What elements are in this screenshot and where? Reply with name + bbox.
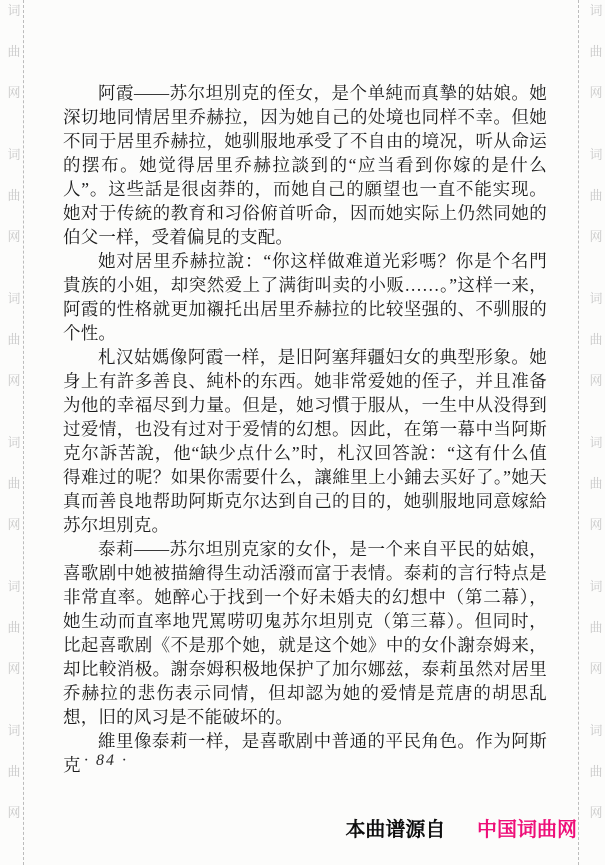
watermark-char: 网 bbox=[589, 230, 602, 243]
paragraph-telli: 泰莉——苏尔坦別克家的女仆，是一个来自平民的姑娘，喜歌剧中她被描繪得生动活潑而富… bbox=[63, 537, 547, 729]
watermark-char: 词 bbox=[589, 4, 602, 17]
watermark-char: 网 bbox=[589, 662, 602, 675]
source-label: 本曲谱源自 bbox=[345, 819, 445, 841]
footer-credit: 本曲谱源自 中国词曲网 bbox=[345, 813, 577, 842]
watermark-char: 曲 bbox=[7, 621, 20, 634]
paragraph-jahan: 札汉姑媽像阿霞一样，是旧阿塞拜疆妇女的典型形象。她身上有許多善良、純朴的东西。她… bbox=[63, 345, 547, 537]
watermark-char: 词 bbox=[589, 292, 602, 305]
watermark-char: 曲 bbox=[589, 333, 602, 346]
watermark-char: 词 bbox=[7, 4, 20, 17]
watermark-char: 网 bbox=[589, 518, 602, 531]
paragraph-asya: 阿霞——苏尔坦別克的侄女，是个单純而真摯的姑娘。她深切地同情居里乔赫拉，因为她自… bbox=[63, 81, 547, 249]
watermark-char: 网 bbox=[7, 662, 20, 675]
watermark-group: 词曲网 bbox=[589, 4, 602, 127]
watermark-group: 词曲网 bbox=[589, 148, 602, 271]
watermark-char: 词 bbox=[7, 292, 20, 305]
watermark-char: 曲 bbox=[7, 45, 20, 58]
watermark-char: 网 bbox=[7, 86, 20, 99]
watermark-group: 词曲网 bbox=[7, 292, 20, 415]
watermark-char: 词 bbox=[7, 148, 20, 161]
document-text: 阿霞——苏尔坦別克的侄女，是个单純而真摯的姑娘。她深切地同情居里乔赫拉，因为她自… bbox=[63, 81, 547, 777]
watermark-char: 网 bbox=[7, 374, 20, 387]
watermark-group: 词曲网 bbox=[589, 436, 602, 559]
watermark-group: 词曲网 bbox=[589, 580, 602, 703]
watermark-char: 词 bbox=[7, 436, 20, 449]
watermark-group: 词曲网 bbox=[589, 724, 602, 847]
watermark-char: 曲 bbox=[589, 45, 602, 58]
watermark-char: 词 bbox=[7, 724, 20, 737]
watermark-char: 曲 bbox=[7, 765, 20, 778]
watermark-column-right: 词曲网词曲网词曲网词曲网词曲网词曲网 bbox=[587, 4, 605, 865]
watermark-char: 词 bbox=[589, 436, 602, 449]
watermark-char: 曲 bbox=[7, 189, 20, 202]
watermark-char: 网 bbox=[7, 518, 20, 531]
dashed-rule-right bbox=[578, 0, 579, 865]
watermark-char: 词 bbox=[589, 580, 602, 593]
watermark-char: 网 bbox=[7, 806, 20, 819]
watermark-char: 曲 bbox=[589, 621, 602, 634]
watermark-group: 词曲网 bbox=[7, 724, 20, 847]
watermark-char: 曲 bbox=[7, 333, 20, 346]
watermark-group: 词曲网 bbox=[589, 292, 602, 415]
watermark-char: 曲 bbox=[589, 765, 602, 778]
watermark-group: 词曲网 bbox=[7, 4, 20, 127]
dashed-rule-left bbox=[23, 0, 24, 865]
watermark-group: 词曲网 bbox=[7, 580, 20, 703]
watermark-column-left: 词曲网词曲网词曲网词曲网词曲网词曲网 bbox=[5, 4, 23, 865]
watermark-char: 网 bbox=[589, 86, 602, 99]
watermark-group: 词曲网 bbox=[7, 148, 20, 271]
watermark-char: 曲 bbox=[589, 477, 602, 490]
page-number: · 84 · bbox=[84, 752, 128, 770]
paragraph-veli: 維里像泰莉一样，是喜歌剧中普通的平民角色。作为阿斯克 bbox=[63, 729, 547, 777]
watermark-char: 网 bbox=[589, 806, 602, 819]
watermark-char: 网 bbox=[589, 374, 602, 387]
watermark-char: 曲 bbox=[589, 189, 602, 202]
paragraph-asya-quote: 她对居里乔赫拉說：“你这样做难道光彩嗎？你是个名門貴族的小姐，却突然爱上了满街叫… bbox=[63, 249, 547, 345]
watermark-char: 曲 bbox=[7, 477, 20, 490]
watermark-char: 词 bbox=[589, 724, 602, 737]
site-name[interactable]: 中国词曲网 bbox=[477, 819, 577, 841]
watermark-char: 词 bbox=[589, 148, 602, 161]
watermark-group: 词曲网 bbox=[7, 436, 20, 559]
watermark-char: 词 bbox=[7, 580, 20, 593]
watermark-char: 网 bbox=[7, 230, 20, 243]
